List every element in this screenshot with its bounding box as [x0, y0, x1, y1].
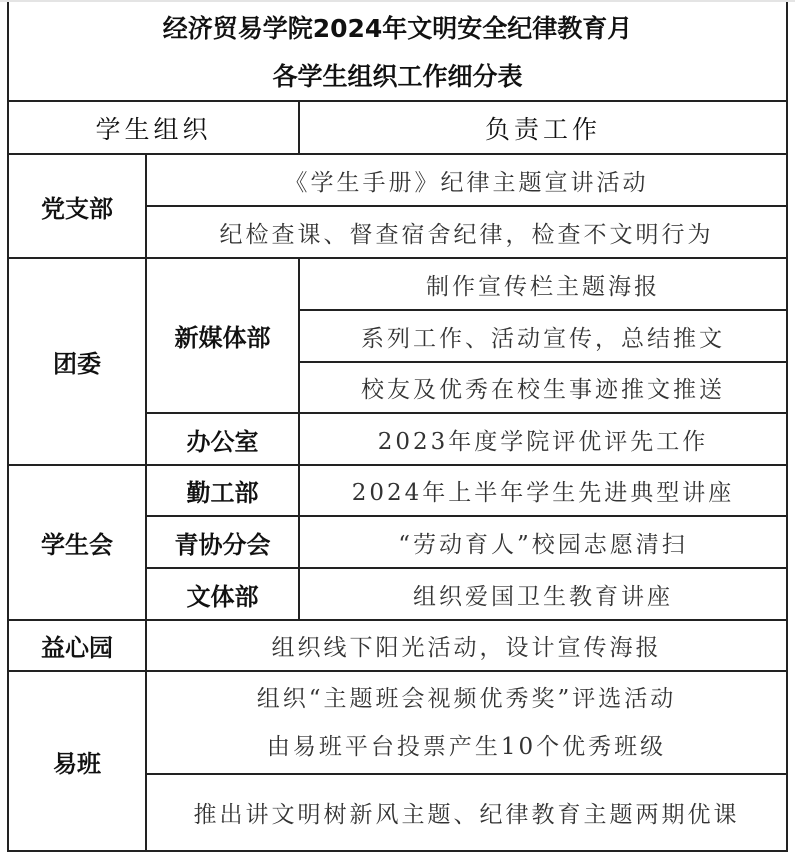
unit-new-media: 新媒体部 — [147, 259, 298, 412]
rule-party-mid — [145, 205, 786, 207]
unit-office: 办公室 — [147, 414, 298, 464]
rule-header-bottom — [9, 153, 786, 155]
org-party-branch: 党支部 — [9, 155, 145, 257]
duty-yixinyuan-1: 组织线下阳光活动，设计宣传海报 — [147, 621, 786, 670]
unit-volunteer: 青协分会 — [147, 517, 298, 567]
duty-office-1: 2023年度学院评优评先工作 — [300, 414, 786, 464]
rule-newmedia-2 — [298, 361, 786, 363]
org-yiban: 易班 — [9, 672, 145, 850]
title-line-2: 各学生组织工作细分表 — [272, 53, 522, 101]
unit-diligence: 勤工部 — [147, 466, 298, 515]
duty-party-branch-2: 纪检查课、督查宿舍纪律，检查不文明行为 — [147, 207, 786, 257]
duty-new-media-1: 制作宣传栏主题海报 — [300, 259, 786, 309]
duty-yiban-group-1: 组织“主题班会视频优秀奖”评选活动 由易班平台投票产生10个优秀班级 — [147, 672, 786, 773]
table-title: 经济贸易学院2024年文明安全纪律教育月 各学生组织工作细分表 — [9, 2, 786, 102]
rule-union-2 — [145, 567, 786, 569]
rule-union-1 — [145, 515, 786, 517]
org-student-union: 学生会 — [9, 466, 145, 619]
header-student-org: 学生组织 — [9, 102, 298, 153]
rule-org-divider — [145, 153, 147, 850]
rule-header-divider — [298, 102, 300, 155]
duty-diligence-1: 2024年上半年学生先进典型讲座 — [300, 466, 786, 515]
title-line-1: 经济贸易学院2024年文明安全纪律教育月 — [163, 5, 633, 53]
org-youth-league: 团委 — [9, 259, 145, 464]
rule-newmedia-1 — [298, 309, 786, 311]
unit-sports: 文体部 — [147, 569, 298, 619]
rule-union-bottom — [9, 619, 786, 621]
duty-party-branch-1: 《学生手册》纪律主题宣讲活动 — [147, 155, 786, 205]
rule-party-bottom — [9, 257, 786, 259]
duty-yiban-3: 推出讲文明树新风主题、纪律教育主题两期优课 — [147, 775, 786, 850]
duty-volunteer-1: “劳动育人”校园志愿清扫 — [300, 517, 786, 567]
rule-yixinyuan-bottom — [9, 670, 786, 672]
duty-sports-1: 组织爱国卫生教育讲座 — [300, 569, 786, 619]
rule-yiban-mid — [145, 773, 786, 775]
rule-unit-divider — [298, 257, 300, 621]
duty-yiban-1: 组织“主题班会视频优秀奖”评选活动 — [257, 675, 677, 723]
header-responsibility: 负责工作 — [300, 102, 786, 153]
rule-newmedia-bottom — [145, 412, 786, 414]
org-yixinyuan: 益心园 — [9, 621, 145, 670]
duty-yiban-2: 由易班平台投票产生10个优秀班级 — [267, 723, 666, 771]
duty-new-media-3: 校友及优秀在校生事迹推文推送 — [300, 363, 786, 412]
duty-new-media-2: 系列工作、活动宣传，总结推文 — [300, 311, 786, 361]
work-breakdown-table: 经济贸易学院2024年文明安全纪律教育月 各学生组织工作细分表 学生组织 负责工… — [7, 2, 788, 852]
rule-league-bottom — [9, 464, 786, 466]
